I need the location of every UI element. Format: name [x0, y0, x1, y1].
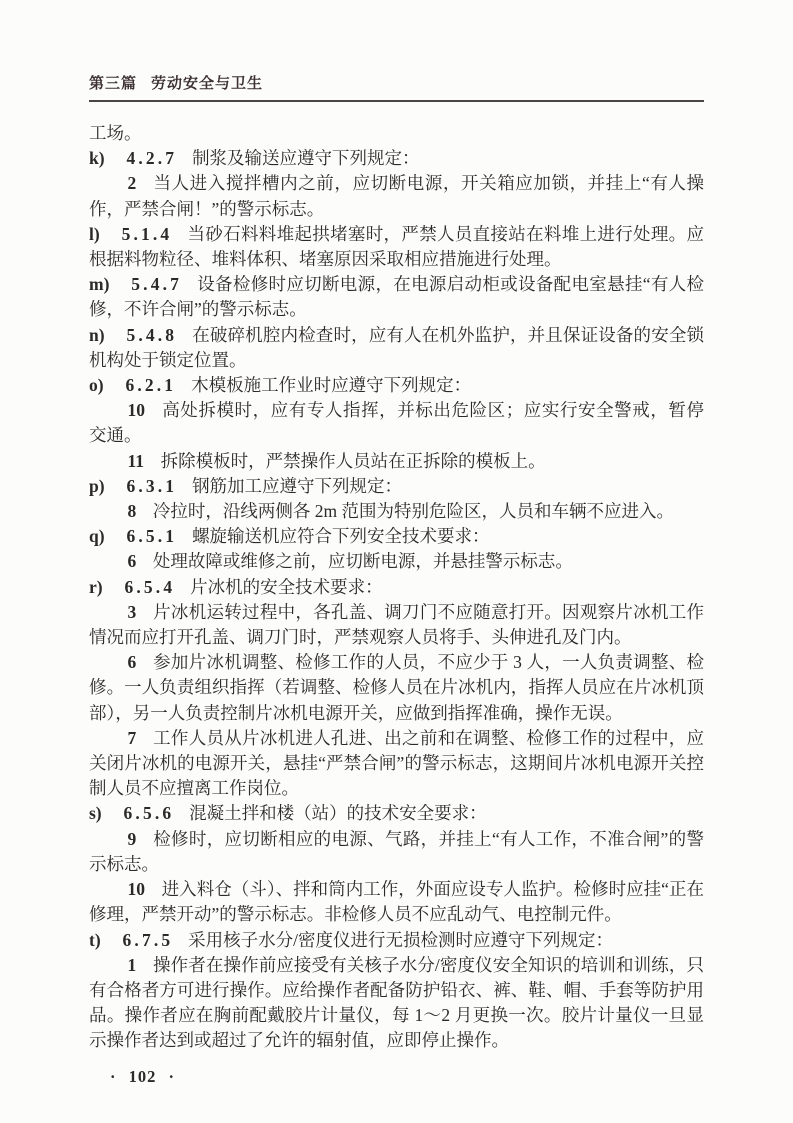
- item-letter-label: l): [89, 224, 100, 244]
- paragraph-text: 工场。: [89, 123, 142, 143]
- clause-number: 6.5.6: [124, 803, 175, 823]
- page-inner: 第三篇劳动安全与卫生 工场。k)4.2.7制浆及输送应遵守下列规定：2当人进入搅…: [0, 0, 793, 1087]
- item-letter-label: p): [89, 476, 105, 496]
- subitem-number: 3: [128, 602, 137, 622]
- chapter-label: 第三篇: [89, 75, 137, 92]
- item-letter-label: r): [89, 577, 103, 597]
- paragraph: m)5.4.7设备检修时应切断电源，在电源启动柜或设备配电室悬挂“有人检修，不许…: [89, 272, 704, 322]
- paragraph: 2当人进入搅拌槽内之前，应切断电源，开关箱应加锁，并挂上“有人操作，严禁合闸！”…: [89, 171, 704, 221]
- paragraph-text: 进入料仓（斗）、拌和筒内工作，外面应设专人监护。检修时应挂“正在修理，严禁开动”…: [89, 879, 704, 924]
- subitem-number: 1: [128, 955, 137, 975]
- item-letter-label: s): [89, 803, 102, 823]
- paragraph: 3片冰机运转过程中，各孔盖、调刀门不应随意打开。因观察片冰机工作情况而应打开孔盖…: [89, 600, 704, 650]
- subitem-number: 6: [128, 652, 137, 672]
- paragraph: 8冷拉时，沿线两侧各 2m 范围为特别危险区，人员和车辆不应进入。: [89, 499, 704, 524]
- item-letter-label: o): [89, 375, 104, 395]
- paragraph-text: 混凝土拌和楼（站）的技术安全要求：: [189, 803, 487, 823]
- paragraph: s)6.5.6混凝土拌和楼（站）的技术安全要求：: [89, 801, 704, 826]
- paragraph: 10进入料仓（斗）、拌和筒内工作，外面应设专人监护。检修时应挂“正在修理，严禁开…: [89, 877, 704, 927]
- content: 工场。k)4.2.7制浆及输送应遵守下列规定：2当人进入搅拌槽内之前，应切断电源…: [89, 121, 704, 1054]
- paragraph: n)5.4.8在破碎机腔内检查时，应有人在机外监护，并且保证设备的安全锁机构处于…: [89, 323, 704, 373]
- document-page: 第三篇劳动安全与卫生 工场。k)4.2.7制浆及输送应遵守下列规定：2当人进入搅…: [0, 0, 793, 1123]
- paragraph: r)6.5.4片冰机的安全技术要求：: [89, 575, 704, 600]
- subitem-number: 8: [128, 501, 137, 521]
- paragraph: 10高处拆模时，应有专人指挥，并标出危险区；应实行安全警戒，暂停交通。: [89, 398, 704, 448]
- paragraph-text: 冷拉时，沿线两侧各 2m 范围为特别危险区，人员和车辆不应进入。: [153, 501, 674, 521]
- paragraph: 11拆除模板时，严禁操作人员站在正拆除的模板上。: [89, 449, 704, 474]
- paragraph: 1操作者在操作前应接受有关核子水分/密度仪安全知识的培训和训练，只有合格者方可进…: [89, 953, 704, 1054]
- paragraph: k)4.2.7制浆及输送应遵守下列规定：: [89, 146, 704, 171]
- clause-number: 6.3.1: [126, 476, 177, 496]
- paragraph: p)6.3.1钢筋加工应遵守下列规定：: [89, 474, 704, 499]
- subitem-number: 11: [128, 451, 145, 471]
- clause-number: 6.7.5: [123, 930, 174, 950]
- paragraph-text: 钢筋加工应遵守下列规定：: [192, 476, 402, 496]
- item-letter-label: q): [89, 526, 105, 546]
- clause-number: 6.2.1: [125, 375, 176, 395]
- paragraph: o)6.2.1木模板施工作业时应遵守下列规定：: [89, 373, 704, 398]
- paragraph-text: 当人进入搅拌槽内之前，应切断电源，开关箱应加锁，并挂上“有人操作，严禁合闸！”的…: [89, 173, 704, 218]
- page-number: · 102 ·: [110, 1067, 704, 1087]
- item-letter-label: n): [89, 325, 105, 345]
- paragraph-text: 木模板施工作业时应遵守下列规定：: [191, 375, 471, 395]
- paragraph-text: 高处拆模时，应有专人指挥，并标出危险区；应实行安全警戒，暂停交通。: [89, 400, 704, 445]
- paragraph: q)6.5.1螺旋输送机应符合下列安全技术要求：: [89, 524, 704, 549]
- subitem-number: 7: [128, 728, 137, 748]
- paragraph-text: 处理故障或维修之前，应切断电源，并悬挂警示标志。: [153, 551, 573, 571]
- clause-number: 5.1.4: [122, 224, 173, 244]
- item-letter-label: k): [89, 148, 105, 168]
- running-header: 第三篇劳动安全与卫生: [89, 75, 704, 93]
- paragraph-text: 在破碎机腔内检查时，应有人在机外监护，并且保证设备的安全锁机构处于锁定位置。: [89, 325, 704, 370]
- paragraph-text: 当砂石料料堆起拱堵塞时，严禁人员直接站在料堆上进行处理。应根据料物粒径、堆料体积…: [89, 224, 704, 269]
- paragraph: 6参加片冰机调整、检修工作的人员，不应少于 3 人，一人负责调整、检修。一人负责…: [89, 650, 704, 726]
- subitem-number: 10: [128, 400, 146, 420]
- clause-number: 6.5.1: [126, 526, 177, 546]
- subitem-number: 9: [128, 829, 137, 849]
- subitem-number: 2: [128, 173, 137, 193]
- subitem-number: 10: [128, 879, 146, 899]
- paragraph-text: 检修时，应切断相应的电源、气路，并挂上“有人工作，不准合闸”的警示标志。: [89, 829, 704, 874]
- clause-number: 4.2.7: [126, 148, 177, 168]
- paragraph-text: 制浆及输送应遵守下列规定：: [192, 148, 420, 168]
- paragraph: 工场。: [89, 121, 704, 146]
- item-letter-label: t): [89, 930, 101, 950]
- header-rule: [89, 100, 704, 102]
- paragraph-text: 操作者在操作前应接受有关核子水分/密度仪安全知识的培训和训练，只有合格者方可进行…: [89, 955, 704, 1051]
- paragraph-text: 片冰机的安全技术要求：: [190, 577, 383, 597]
- paragraph-text: 拆除模板时，严禁操作人员站在正拆除的模板上。: [161, 451, 546, 471]
- paragraph-text: 采用核子水分/密度仪进行无损检测时应遵守下列规定：: [188, 930, 613, 950]
- clause-number: 5.4.8: [126, 325, 177, 345]
- paragraph: 7工作人员从片冰机进人孔进、出之前和在调整、检修工作的过程中，应关闭片冰机的电源…: [89, 726, 704, 802]
- clause-number: 6.5.4: [124, 577, 175, 597]
- chapter-title: 劳动安全与卫生: [151, 75, 263, 92]
- paragraph: 9检修时，应切断相应的电源、气路，并挂上“有人工作，不准合闸”的警示标志。: [89, 827, 704, 877]
- item-letter-label: m): [89, 274, 109, 294]
- subitem-number: 6: [128, 551, 137, 571]
- clause-number: 5.4.7: [131, 274, 182, 294]
- paragraph-text: 工作人员从片冰机进人孔进、出之前和在调整、检修工作的过程中，应关闭片冰机的电源开…: [89, 728, 704, 798]
- paragraph: l)5.1.4当砂石料料堆起拱堵塞时，严禁人员直接站在料堆上进行处理。应根据料物…: [89, 222, 704, 272]
- paragraph-text: 螺旋输送机应符合下列安全技术要求：: [192, 526, 490, 546]
- paragraph-text: 参加片冰机调整、检修工作的人员，不应少于 3 人，一人负责调整、检修。一人负责组…: [89, 652, 704, 722]
- paragraph: t)6.7.5采用核子水分/密度仪进行无损检测时应遵守下列规定：: [89, 928, 704, 953]
- paragraph-text: 片冰机运转过程中，各孔盖、调刀门不应随意打开。因观察片冰机工作情况而应打开孔盖、…: [89, 602, 704, 647]
- paragraph: 6处理故障或维修之前，应切断电源，并悬挂警示标志。: [89, 549, 704, 574]
